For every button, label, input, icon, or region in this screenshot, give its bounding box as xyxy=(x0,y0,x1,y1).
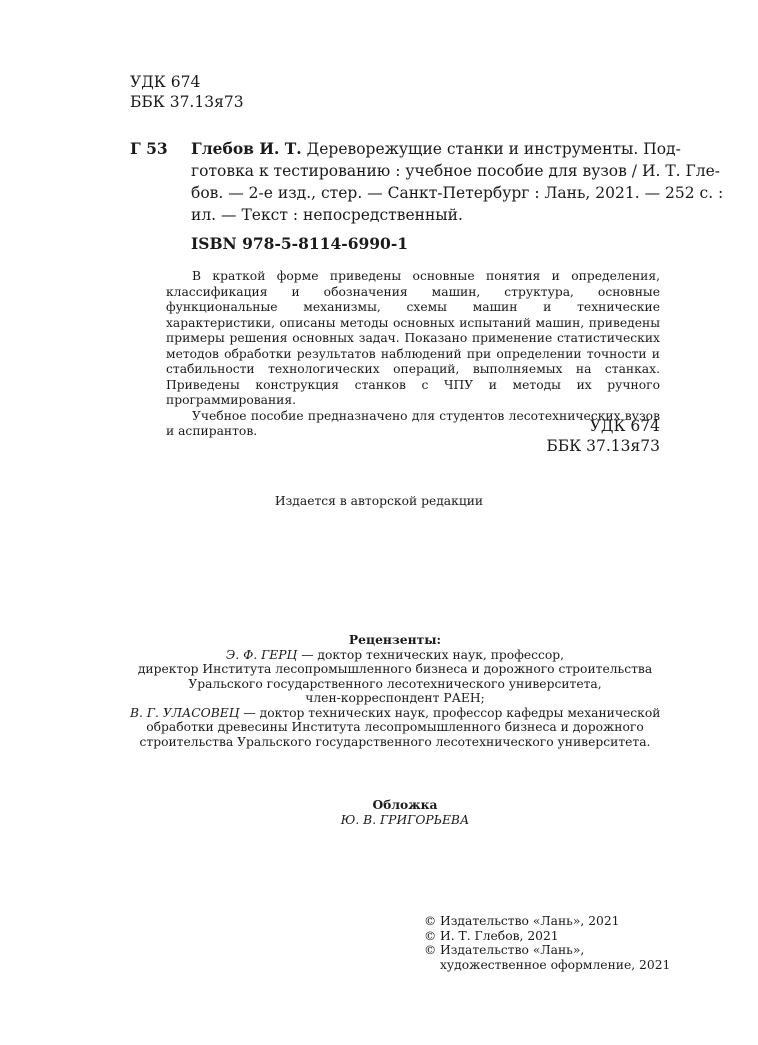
cover-heading: Обложка xyxy=(0,798,758,813)
entry-line-2: готовка к тестированию : учебное пособие… xyxy=(191,160,659,182)
copyright-icon: © xyxy=(424,914,440,929)
entry-line-4: ил. — Текст : непосредственный. xyxy=(191,204,659,226)
entry-author: Глебов И. Т. xyxy=(191,139,302,158)
copyright-line: ©Издательство «Лань», xyxy=(424,943,670,958)
copyright-block: ©Издательство «Лань», 2021 ©И. Т. Глебов… xyxy=(424,914,670,972)
bbk-code: ББК 37.13я73 xyxy=(130,92,244,112)
reviewer-1-line-1: Э. Ф. ГЕРЦ — доктор технических наук, пр… xyxy=(130,648,660,663)
entry-line-1: Глебов И. Т. Дереворежущие станки и инст… xyxy=(191,138,659,160)
copyright-icon: © xyxy=(424,929,440,944)
entry-title: Дереворежущие станки и инструменты. Под- xyxy=(302,140,681,158)
copyright-icon: © xyxy=(424,943,440,958)
reviewer-1-name: Э. Ф. ГЕРЦ xyxy=(226,648,297,662)
reviewer-2-line-1: В. Г. УЛАСОВЕЦ — доктор технических наук… xyxy=(130,706,660,721)
book-imprint-page: УДК 674 ББК 37.13я73 Г 53 Глебов И. Т. Д… xyxy=(0,0,758,1045)
copyright-line: ©Издательство «Лань», 2021 xyxy=(424,914,670,929)
udk-code-bottom: УДК 674 xyxy=(546,416,660,436)
catalog-code: Г 53 xyxy=(130,138,168,160)
reviewer-2-line-3: строительства Уральского государственног… xyxy=(130,735,660,750)
edition-note: Издается в авторской редакции xyxy=(0,494,758,508)
classification-codes-top: УДК 674 ББК 37.13я73 xyxy=(130,72,244,112)
copyright-line: ©И. Т. Глебов, 2021 xyxy=(424,929,670,944)
reviewer-2-name: В. Г. УЛАСОВЕЦ xyxy=(130,706,240,720)
reviewer-1-line-2: директор Института лесопромышленного биз… xyxy=(130,662,660,677)
udk-code: УДК 674 xyxy=(130,72,244,92)
reviewer-1-line-3: Уральского государственного лесотехничес… xyxy=(130,677,660,692)
cover-designer: Ю. В. ГРИГОРЬЕВА xyxy=(341,813,470,827)
copyright-line-continuation: художественное оформление, 2021 xyxy=(424,958,670,973)
reviewer-2-line-2: обработки древесины Института лесопромыш… xyxy=(130,720,660,735)
reviewers-block: Рецензенты: Э. Ф. ГЕРЦ — доктор техничес… xyxy=(130,633,660,749)
abstract: В краткой форме приведены основные понят… xyxy=(166,269,660,440)
bibliographic-entry: Глебов И. Т. Дереворежущие станки и инст… xyxy=(191,138,659,226)
cover-credit: Обложка Ю. В. ГРИГОРЬЕВА xyxy=(0,798,758,827)
classification-codes-bottom: УДК 674 ББК 37.13я73 xyxy=(546,416,660,456)
abstract-paragraph-1: В краткой форме приведены основные понят… xyxy=(166,269,660,409)
entry-line-3: бов. — 2-е изд., стер. — Санкт-Петербург… xyxy=(191,182,659,204)
reviewers-heading: Рецензенты: xyxy=(130,633,660,648)
isbn: ISBN 978-5-8114-6990-1 xyxy=(191,234,408,253)
reviewer-1-line-4: член-корреспондент РАЕН; xyxy=(130,691,660,706)
bbk-code-bottom: ББК 37.13я73 xyxy=(546,436,660,456)
